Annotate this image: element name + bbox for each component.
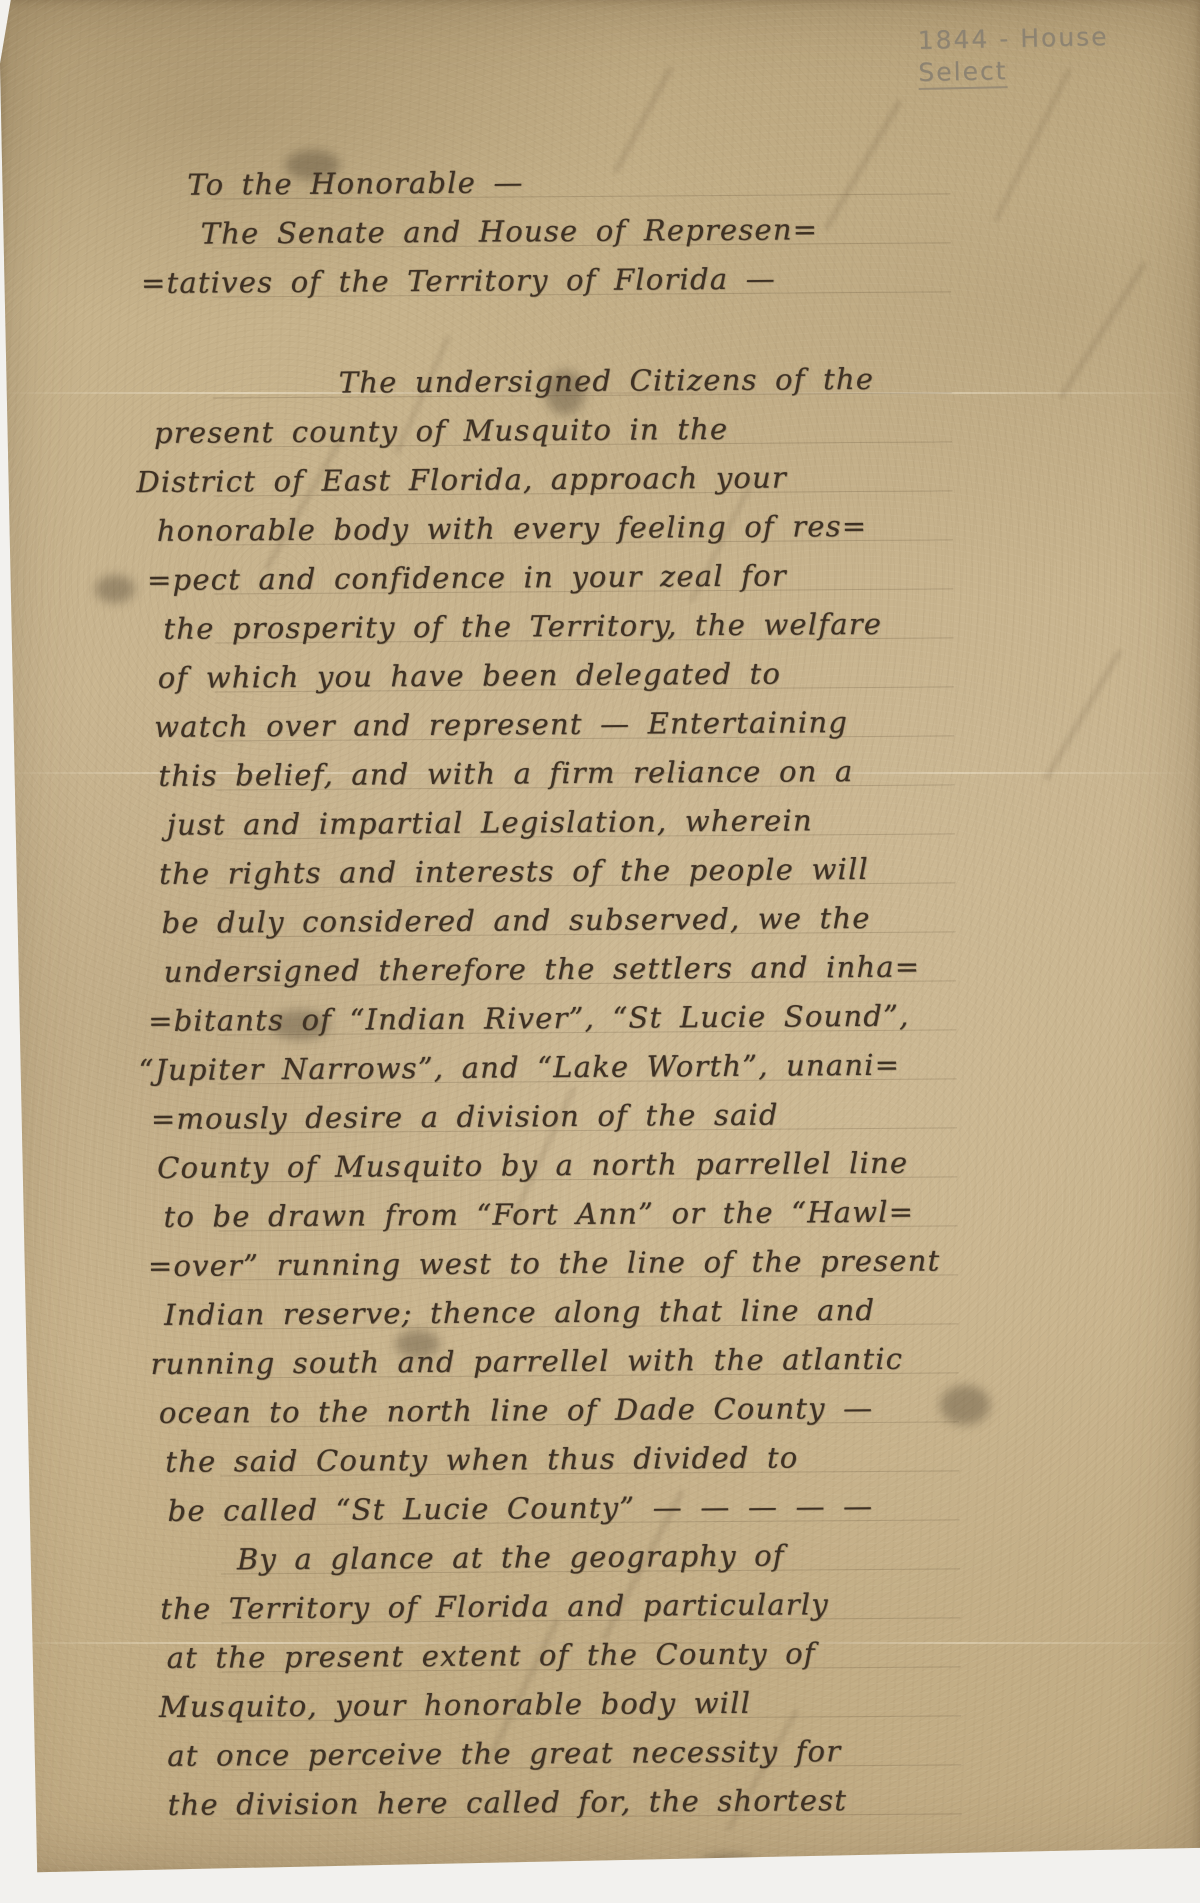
manuscript-line: just and impartial Legislation, wherein [137,795,1017,850]
manuscript-line: =bitants of “Indian River”, “St Lucie So… [138,991,1018,1046]
manuscript-line: District of East Florida, approach your [134,452,1014,507]
manuscript-line: ocean to the north line of Dade County — [141,1383,1021,1438]
manuscript-line: present county of Musquito in the [134,403,1014,458]
pencil-annotation: 1844 - House Select [917,22,1109,90]
manuscript-line: the rights and interests of the people w… [137,844,1017,899]
scanned-document-page: { "annotation": { "line1": "1844 - House… [0,0,1200,1903]
manuscript-line: of which you have been delegated to [136,648,1016,703]
manuscript-line: be called “St Lucie County” — — — — — [141,1481,1021,1536]
manuscript-line: =mously desire a division of the said [139,1089,1019,1144]
manuscript-line: County of Musquito by a north parrellel … [139,1138,1019,1193]
manuscript-line: Indian reserve; thence along that line a… [140,1285,1020,1340]
manuscript-line: =over” running west to the line of the p… [140,1236,1020,1291]
manuscript-line: to be drawn from “Fort Ann” or the “Hawl… [139,1187,1019,1242]
manuscript-line: be duly considered and subserved, we the [137,893,1017,948]
manuscript-line: this belief, and with a firm reliance on… [136,746,1016,801]
manuscript-line: the said County when thus divided to [141,1432,1021,1487]
paper-sheet: 1844 - House Select To the Honorable —Th… [0,0,1200,1876]
ink-smudge [95,575,135,603]
manuscript-line: the division here called for, the shorte… [143,1775,1023,1830]
pencil-annotation-committee: Select [918,56,1008,90]
manuscript-line: Musquito, your honorable body will [143,1677,1023,1732]
manuscript-line: at once perceive the great necessity for [143,1726,1023,1781]
manuscript-text: To the Honorable —The Senate and House o… [132,155,1024,1830]
manuscript-line: The undersigned Citizens of the [134,354,1014,409]
manuscript-lines: To the Honorable —The Senate and House o… [132,155,1024,1830]
ink-smudge [700,1855,755,1873]
manuscript-line: honorable body with every feeling of res… [135,501,1015,556]
manuscript-line: To the Honorable — [132,155,1012,210]
pencil-annotation-year: 1844 - House [917,22,1108,55]
manuscript-line: watch over and represent — Entertaining [136,697,1016,752]
manuscript-line: running south and parrellel with the atl… [140,1334,1020,1389]
manuscript-line: =tatives of the Territory of Florida — [133,253,1013,308]
manuscript-line: at the present extent of the County of [142,1628,1022,1683]
manuscript-line: the Territory of Florida and particularl… [142,1579,1022,1634]
manuscript-line: =pect and confidence in your zeal for [135,550,1015,605]
manuscript-line: The Senate and House of Represen= [133,204,1013,259]
manuscript-line: By a glance at the geography of [142,1530,1022,1585]
manuscript-line: “Jupiter Narrows”, and “Lake Worth”, una… [138,1040,1018,1095]
manuscript-line: the prosperity of the Territory, the wel… [135,599,1015,654]
manuscript-line: undersigned therefore the settlers and i… [138,942,1018,997]
